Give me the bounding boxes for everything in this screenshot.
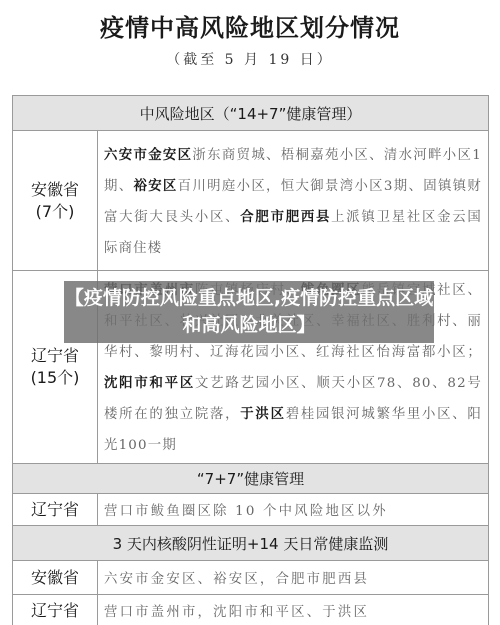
document-subtitle: （截至 5 月 19 日） bbox=[0, 49, 500, 69]
detail-bold: 裕安区 bbox=[133, 178, 177, 194]
section-header-nucleic-test: 3 天内核酸阴性证明+14 天日常健康监测 bbox=[13, 526, 489, 561]
province-name: 安徽省 bbox=[13, 179, 97, 201]
province-name: 辽宁省 bbox=[13, 345, 97, 367]
detail-bold: 于洪区 bbox=[240, 406, 285, 422]
detail-cell: 营口市盖州市，沈阳市和平区、于洪区 bbox=[98, 595, 489, 625]
section-header-row: 3 天内核酸阴性证明+14 天日常健康监测 bbox=[13, 526, 489, 561]
detail-bold: 合肥市肥西县 bbox=[240, 209, 331, 225]
table-row-anhui-medium: 安徽省 (7个) 六安市金安区浙东商贸城、梧桐嘉苑小区、清水河畔小区1期、裕安区… bbox=[13, 131, 489, 271]
province-name: 安徽省 bbox=[13, 561, 98, 595]
section-header-medium-risk: 中风险地区（“14+7”健康管理） bbox=[13, 96, 489, 131]
table-row-liaoning-7plus7: 辽宁省 营口市鲅鱼圈区除 10 个中风险地区以外 bbox=[13, 494, 489, 526]
section-header-row: “7+7”健康管理 bbox=[13, 464, 489, 494]
province-count: (7个) bbox=[13, 201, 97, 223]
table-row-liaoning-monitor: 辽宁省 营口市盖州市，沈阳市和平区、于洪区 bbox=[13, 595, 489, 625]
section-header-row: 中风险地区（“14+7”健康管理） bbox=[13, 96, 489, 131]
table-row-anhui-monitor: 安徽省 六安市金安区、裕安区，合肥市肥西县 bbox=[13, 561, 489, 595]
province-name: 辽宁省 bbox=[13, 595, 98, 625]
risk-area-table: 中风险地区（“14+7”健康管理） 安徽省 (7个) 六安市金安区浙东商贸城、梧… bbox=[12, 95, 489, 625]
caption-overlay-banner: 【疫情防控风险重点地区,疫情防控重点区域和高风险地区】 bbox=[64, 281, 434, 343]
detail-cell: 六安市金安区、裕安区，合肥市肥西县 bbox=[98, 561, 489, 595]
province-name: 辽宁省 bbox=[13, 494, 98, 526]
document-title: 疫情中高风险地区划分情况 bbox=[0, 8, 500, 43]
detail-bold: 沈阳市和平区 bbox=[104, 375, 195, 391]
province-count: (15个) bbox=[13, 367, 97, 389]
detail-bold: 六安市金安区 bbox=[104, 147, 192, 163]
detail-cell: 六安市金安区浙东商贸城、梧桐嘉苑小区、清水河畔小区1期、裕安区百川明庭小区，恒大… bbox=[98, 131, 489, 271]
section-header-7plus7: “7+7”健康管理 bbox=[13, 464, 489, 494]
detail-cell: 营口市鲅鱼圈区除 10 个中风险地区以外 bbox=[98, 494, 489, 526]
province-cell: 安徽省 (7个) bbox=[13, 131, 98, 271]
